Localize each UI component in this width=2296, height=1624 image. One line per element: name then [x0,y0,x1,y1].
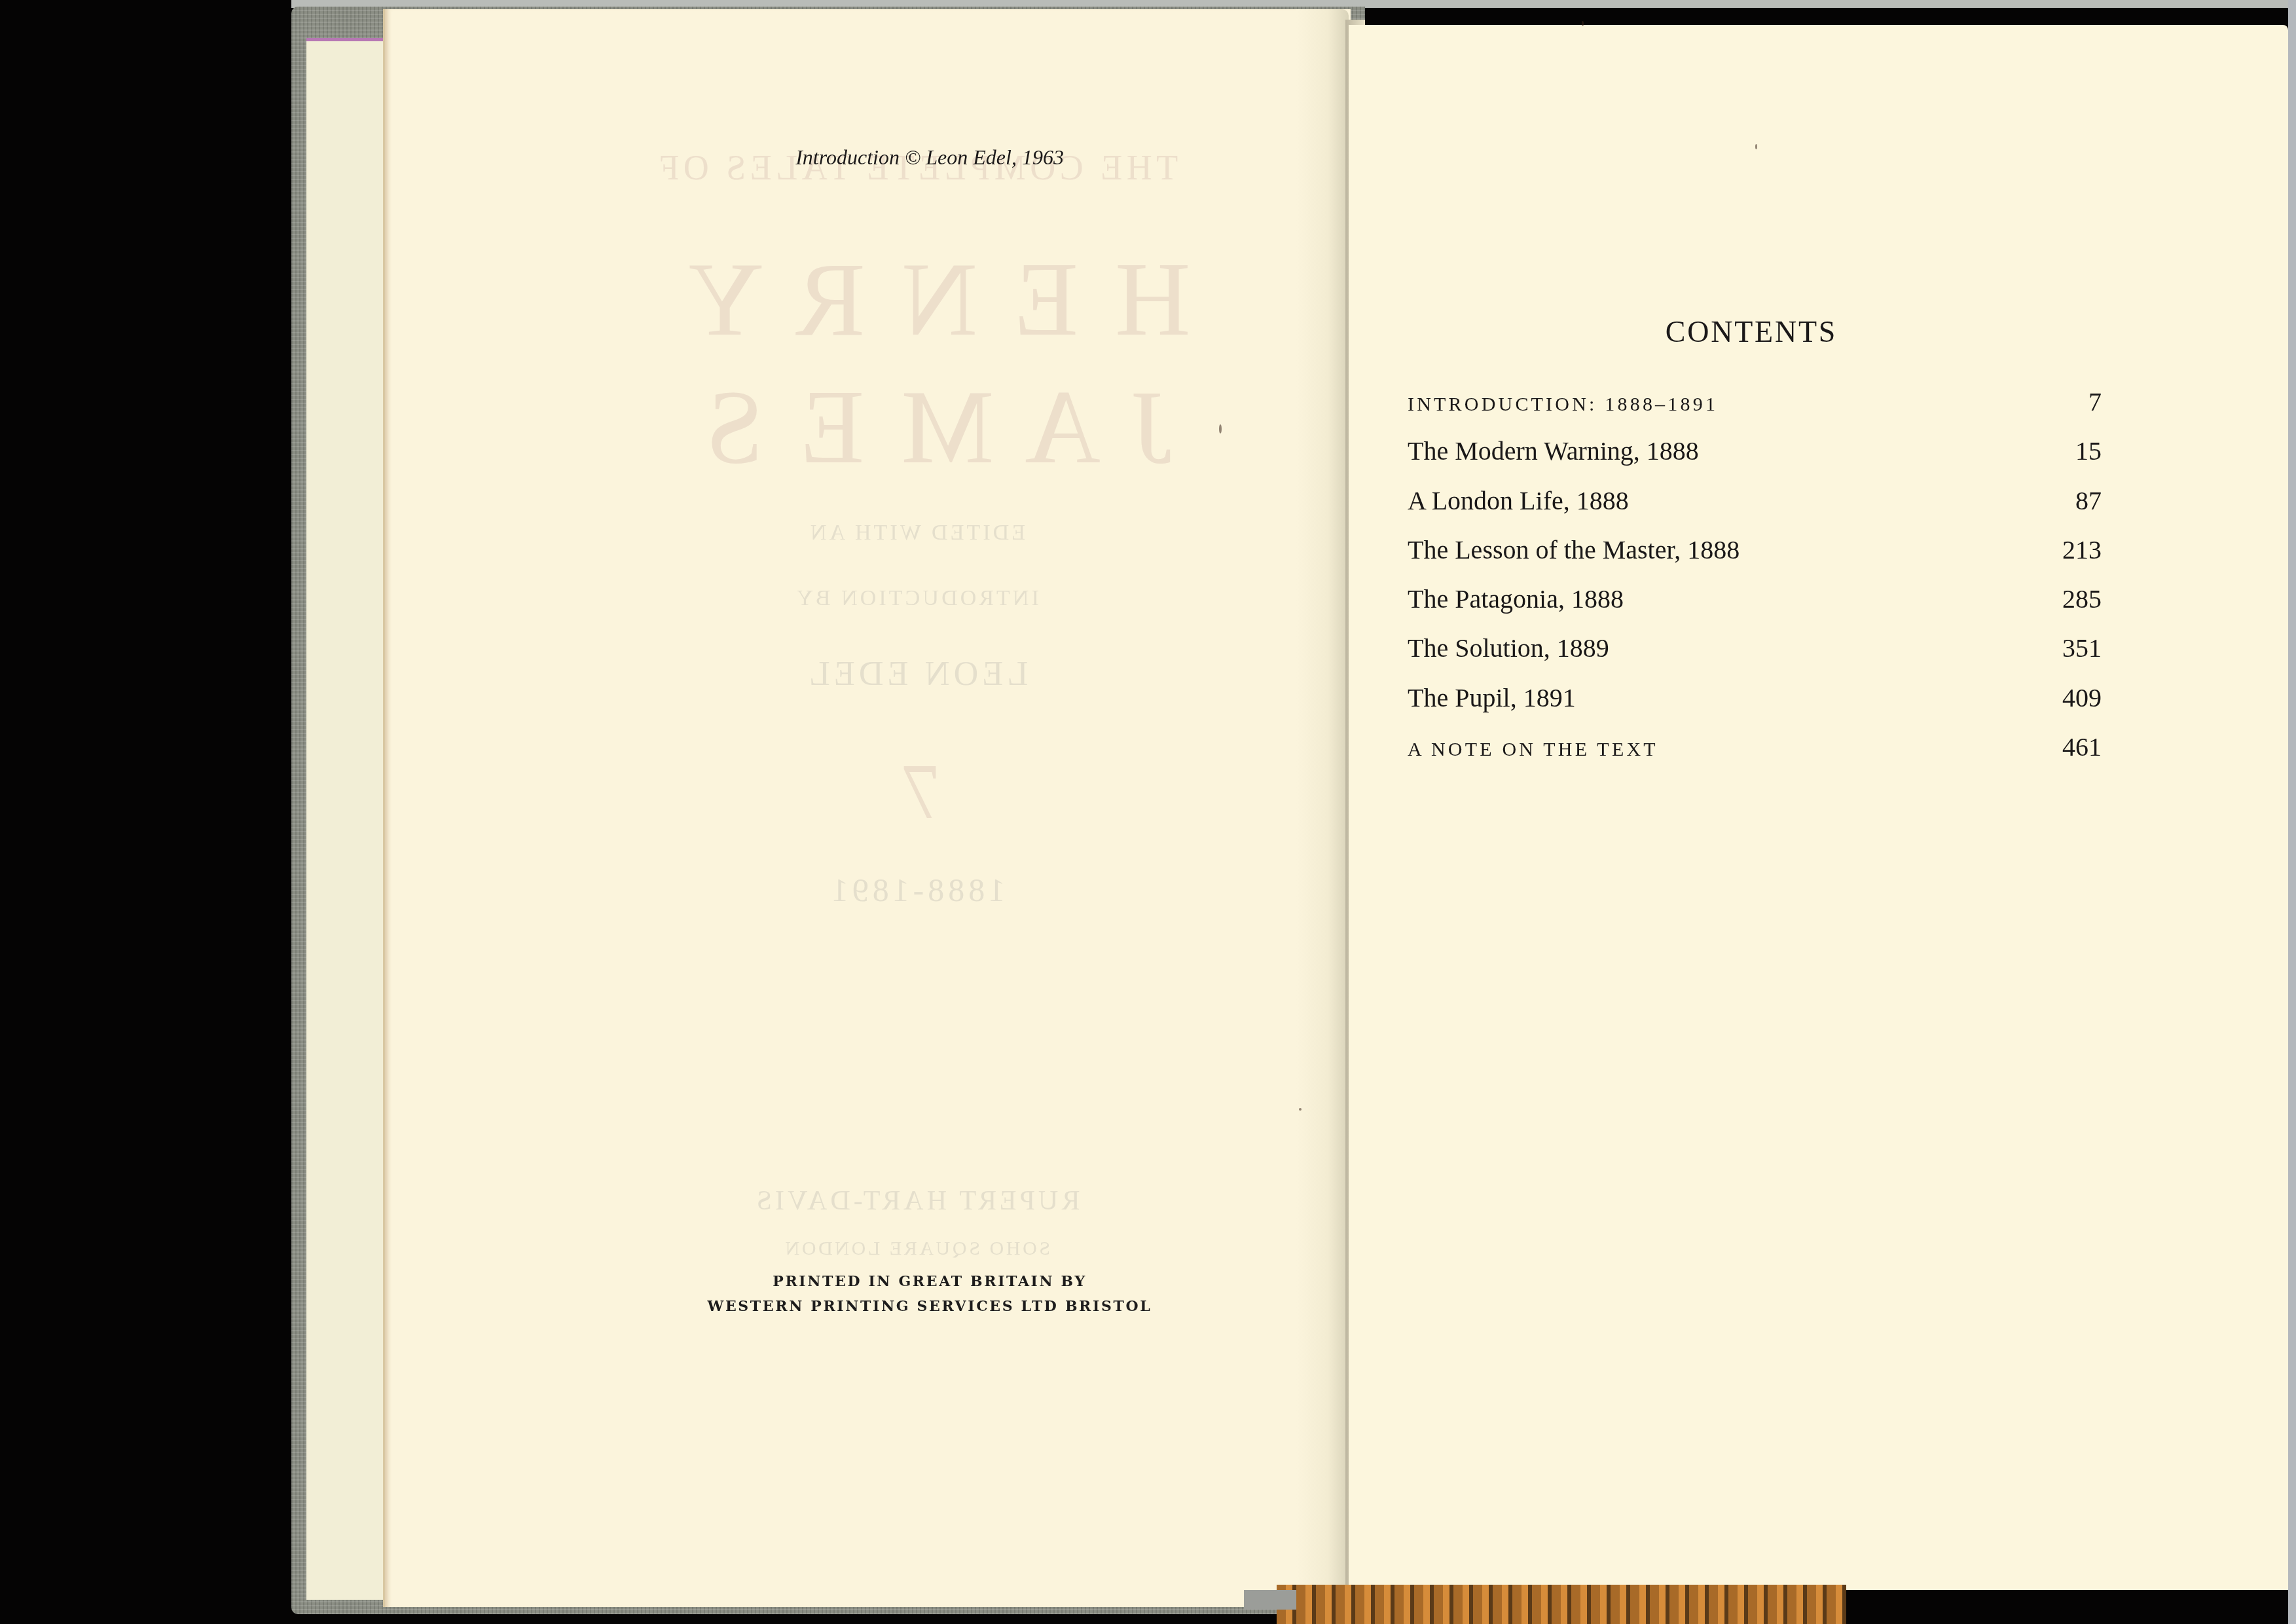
contents-heading: CONTENTS [1375,314,2128,349]
toc-entry: The Solution, 1889 351 [1408,633,2102,682]
bleed-publisher-address: SOHO SQUARE LONDON [720,1238,1113,1260]
printer-line-1: PRINTED IN GREAT BRITAIN BY [701,1269,1159,1294]
bleed-publisher: RUPERT HART-DAVIS [720,1185,1113,1217]
cloth-corner [1244,1590,1296,1610]
toc-entry: A London Life, 1888 87 [1408,485,2102,534]
toc-entry-title: Introduction: 1888–1891 [1408,394,1718,416]
toc-entry: Introduction: 1888–1891 7 [1408,386,2102,435]
copyright-line: Introduction © Leon Edel, 1963 [773,145,1087,170]
toc-entry-page: 7 [2088,386,2102,417]
toc-entry-page: 15 [2075,435,2102,466]
table-of-contents: Introduction: 1888–1891 7 The Modern War… [1408,386,2102,781]
toc-entry-page: 87 [2075,485,2102,516]
printer-line-2: WESTERN PRINTING SERVICES LTD BRISTOL [701,1294,1159,1319]
bleed-editor: LEON EDEL [753,655,1080,693]
toc-entry-page: 285 [2062,583,2102,614]
bleed-author-1: H E N R Y [642,239,1231,360]
toc-entry-title: The Patagonia, 1888 [1408,583,1624,614]
toc-entry-title: The Pupil, 1891 [1408,682,1576,713]
toc-entry: The Modern Warning, 1888 15 [1408,435,2102,485]
toc-entry: The Lesson of the Master, 1888 213 [1408,534,2102,583]
toc-entry: The Patagonia, 1888 285 [1408,583,2102,633]
toc-entry: A Note on the Text 461 [1408,731,2102,781]
paper-speck [1582,21,1584,26]
toc-entry-title: The Modern Warning, 1888 [1408,435,1699,466]
bleed-edited-2: INTRODUCTION BY [753,586,1080,611]
paper-speck [1299,1108,1302,1111]
toc-entry: The Pupil, 1891 409 [1408,682,2102,731]
bleed-years: 1888-1891 [786,871,1048,909]
scanner-stripes [1277,1585,1846,1624]
toc-entry-title: A London Life, 1888 [1408,485,1629,516]
left-page-fold [1296,9,1349,1587]
toc-entry-title: The Solution, 1889 [1408,633,1609,663]
toc-entry-title: The Lesson of the Master, 1888 [1408,534,1740,565]
scanner-right-edge [2288,0,2296,1624]
toc-entry-page: 213 [2062,534,2102,565]
toc-entry-page: 409 [2062,682,2102,713]
toc-entry-page: 461 [2062,731,2102,762]
toc-entry-page: 351 [2062,633,2102,663]
toc-entry-title: A Note on the Text [1408,739,1658,761]
bleed-edited-1: EDITED WITH AN [753,521,1080,545]
right-page [1349,25,2288,1590]
printer-imprint: PRINTED IN GREAT BRITAIN BY WESTERN PRIN… [701,1269,1159,1319]
bleed-volume: 7 [851,747,982,837]
paper-speck [1219,424,1222,434]
paper-speck [1755,144,1757,149]
bleed-author-2: J A M E S [642,367,1231,488]
